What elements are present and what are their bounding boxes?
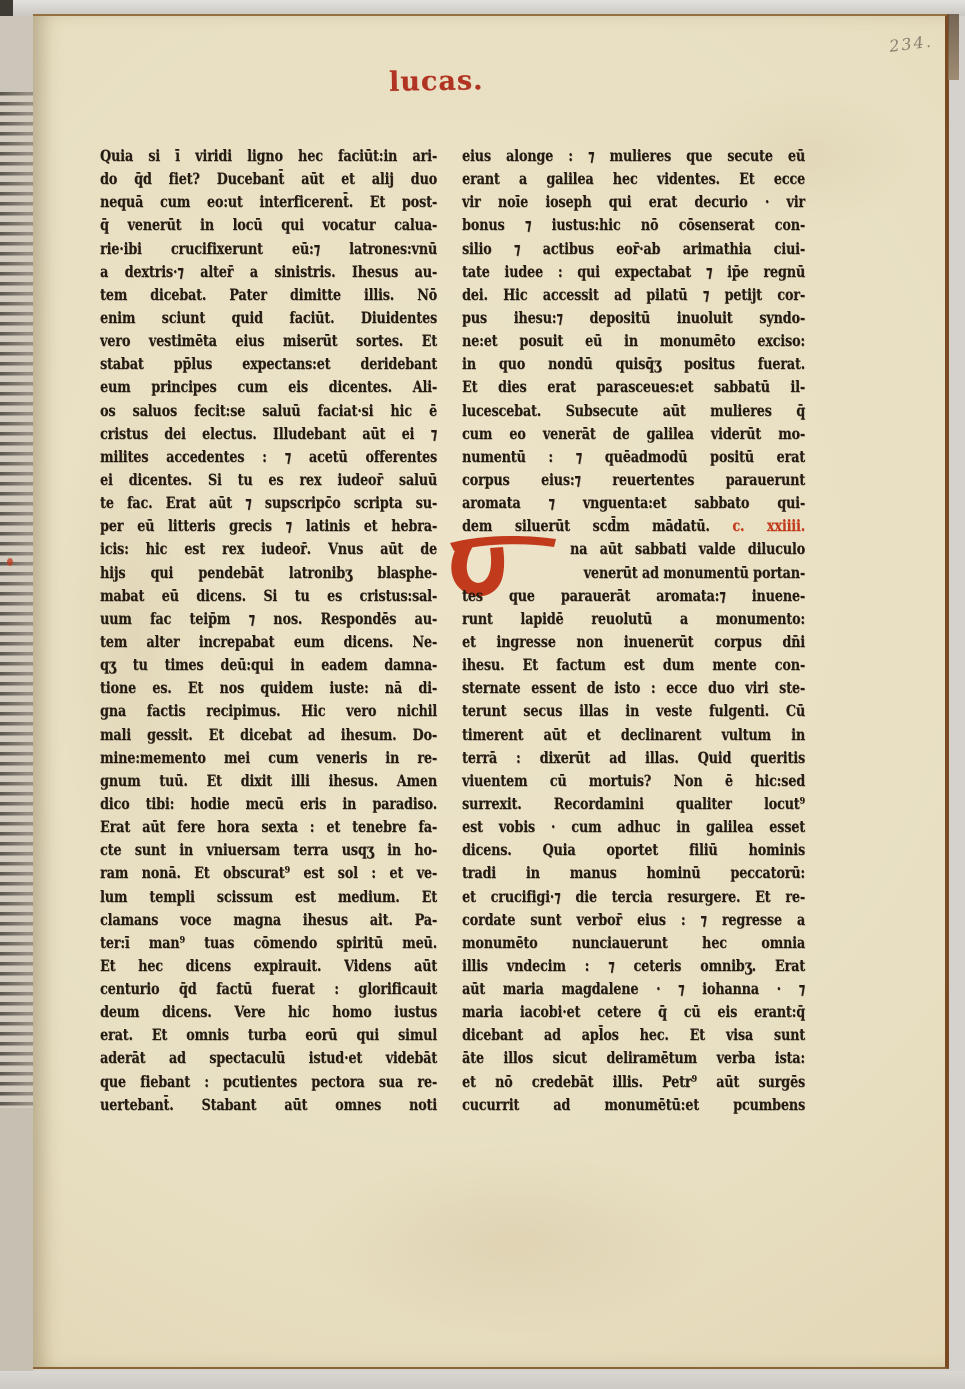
text-line: est vobis · cum adhuc in galilea esset [462, 815, 805, 838]
text-line: erant a galilea hec videntes. Et ecce [462, 167, 805, 190]
running-header: lucas. [389, 65, 484, 98]
text-line: cum eo venerāt de galilea viderūt mo- [462, 422, 805, 445]
text-line: que fiebant : pcutientes pectora sua re- [100, 1070, 437, 1093]
facing-page-fore-edge [0, 92, 33, 1108]
text-line: ne:et posuit eū in monumēto exciso: [462, 329, 805, 352]
text-line: nequā cum eo:ut interficerent̄. Et post- [100, 190, 437, 213]
text-line: gnum tuū. Et dixit illi ihesus. Amen [100, 769, 437, 792]
text-line: surrexit. Recordamini qualiter locut⁹ [462, 792, 805, 815]
text-line: enim sciunt quid faciūt. Diuidentes [100, 306, 437, 329]
facing-page-edge-top [0, 16, 33, 92]
text-line: q̄ venerūt in locū qui vocatur calua- [100, 213, 437, 236]
text-line: na aūt sabbati valde diluculo [462, 537, 805, 560]
text-line: Et hec dicens expirauit. Videns aūt [100, 954, 437, 977]
text-line: per eū litteris grecis ⁊ latinis et hebr… [100, 514, 437, 537]
text-line: illis vndecim : ⁊ ceteris omnibʒ. Erat [462, 954, 805, 977]
text-line: viuentem cū mortuis? Non ē hic:sed [462, 769, 805, 792]
text-line: eius alonge : ⁊ mulieres que secute eū [462, 144, 805, 167]
text-line: ihesu. Et factum est dum mente con- [462, 653, 805, 676]
text-line: sternate essent de isto : ecce duo viri … [462, 676, 805, 699]
text-line: tem dicebat. Pater dimitte illis. Nō [100, 283, 437, 306]
text-line: terunt secus illas in veste fulgenti. Cū [462, 699, 805, 722]
text-line: tes que parauerāt aromata:⁊ inuene- [462, 584, 805, 607]
text-line: Erat aūt fere hora sexta : et tenebre fa… [100, 815, 437, 838]
text-column-left: Quia si ī viridi ligno hec faciūt:in ari… [100, 144, 437, 1116]
col2-part1: eius alonge : ⁊ mulieres que secute eūer… [462, 144, 805, 514]
text-line: numentū : ⁊ quēadmodū positū erat [462, 445, 805, 468]
text-line: centurio q̄d factū fuerat : glorificauit [100, 977, 437, 1000]
text-line: cucurrit ad monumētū:et pcumbens [462, 1093, 805, 1116]
text-line: dicebant ad apl̄os hec. Et visa sunt [462, 1023, 805, 1046]
text-line: et crucifigi·⁊ die tercia resurgere. Et … [462, 885, 805, 908]
text-line: monumēto nunciauerunt hec omnia [462, 931, 805, 954]
text-line: et ingresse non inuenerūt corpus dn̄i [462, 630, 805, 653]
text-line: tate iudee : qui expectabat ⁊ ip̄e regnū [462, 260, 805, 283]
text-line: maria iacobi·et cetere q̄ cū eis erant:q… [462, 1000, 805, 1023]
text-line: cordate sunt verbor̄ eius : ⁊ regresse a [462, 908, 805, 931]
photograph-background: 234. lucas. Quia si ī viridi ligno hec f… [0, 0, 965, 1389]
fore-edge-rubric-speck [7, 558, 13, 566]
text-line: aūt maria magdalene · ⁊ iohanna · ⁊ [462, 977, 805, 1000]
text-line: vero vestimēta eius miserūt sortes. Et [100, 329, 437, 352]
text-line: ter:ī man⁹ tuas cōmendo spiritū meū. [100, 931, 437, 954]
text-line: runt lapidē reuolutū a monumento: [462, 607, 805, 630]
text-line: icis: hic est rex iudeor̄. Vnus aūt de [100, 537, 437, 560]
chapter-initial-letter: V [446, 601, 447, 602]
text-line: tradi in manus hominū peccatorū: [462, 861, 805, 884]
text-line: mali gessit. Et dicebat ad ihesum. Do- [100, 723, 437, 746]
text-line: et nō credebāt illis. Petr⁹ aūt surgēs [462, 1070, 805, 1093]
text-line: erat. Et omnis turba eorū qui simul [100, 1023, 437, 1046]
book-bottom-edge [0, 1371, 965, 1389]
text-line: timerent aūt et declinarent vultum in [462, 723, 805, 746]
chapter-24-opening: V na aūt sabbati valde diluculo venerūt … [462, 537, 805, 1116]
text-line: in quo nondū quisq̄ʒ positus fuerat. [462, 352, 805, 375]
text-line: dicens. Quia oportet filiū hominis [462, 838, 805, 861]
text-line: pus ihesu:⁊ depositū inuoluit syndo- [462, 306, 805, 329]
text-line: te fac. Erat aūt ⁊ supscripc̄o scripta s… [100, 491, 437, 514]
text-line: gna factis recipimus. Hic vero nichil [100, 699, 437, 722]
rubric-line-text: dem siluerūt scd̄m mādatū. [462, 516, 710, 535]
text-line: vir noīe ioseph qui erat decurio · vir [462, 190, 805, 213]
text-line: Quia si ī viridi ligno hec faciūt:in ari… [100, 144, 437, 167]
text-line: Et dies erat parasceues:et sabbatū il- [462, 375, 805, 398]
text-line: eum principes cum eis dicentes. Ali- [100, 375, 437, 398]
text-line: deum dicens. Vere hic homo iustus [100, 1000, 437, 1023]
text-line: cristus dei electus. Illudebant aūt ei ⁊ [100, 422, 437, 445]
text-line: lum templi scissum est medium. Et [100, 885, 437, 908]
text-line: cte sunt in vniuersam terra usqʒ in ho- [100, 838, 437, 861]
text-line: silio ⁊ actibus eor̄·ab arimathia ciui- [462, 237, 805, 260]
text-line: āte illos sicut deliramētum verba ista: [462, 1046, 805, 1069]
text-line: venerūt ad monumentū portan- [462, 561, 805, 584]
text-line: clamans voce magna ihesus ait. Pa- [100, 908, 437, 931]
text-line: tem alter increpabat eum dicens. Ne- [100, 630, 437, 653]
text-line: terrā : dixerūt ad illas. Quid queritis [462, 746, 805, 769]
text-line: aromata ⁊ vnguenta:et sabbato qui- [462, 491, 805, 514]
text-line: mine:memento mei cum veneris in re- [100, 746, 437, 769]
text-line: uertebant̄. Stabant aūt omnes noti [100, 1093, 437, 1116]
text-line: os saluos fecit:se saluū faciat·si hic ē [100, 399, 437, 422]
text-line: lucescebat. Subsecute aūt mulieres q̄ [462, 399, 805, 422]
chapter-mark: c. xxiiii. [732, 516, 805, 535]
col2-part2: tes que parauerāt aromata:⁊ inuene-runt … [462, 584, 805, 1116]
text-line: tione es. Et nos quidem iuste: nā di- [100, 676, 437, 699]
text-line: dico tibi: hodie mecū eris in paradiso. [100, 792, 437, 815]
text-line: aderāt ad spectaculū istud·et videbāt [100, 1046, 437, 1069]
text-line: ei dicentes. Si tu es rex iudeor̄ saluū [100, 468, 437, 491]
text-line: do q̄d fiet? Ducebant̄ aūt et alij duo [100, 167, 437, 190]
text-line: mabat eū dicens. Si tu es cristus:sal- [100, 584, 437, 607]
text-line: milites accedentes : ⁊ acetū offerentes [100, 445, 437, 468]
text-line: ram nonā. Et obscurat⁹ est sol : et ve- [100, 861, 437, 884]
text-line: dei. Hic accessit ad pilatū ⁊ petijt cor… [462, 283, 805, 306]
text-line: hijs qui pendebāt latronibʒ blasphe- [100, 561, 437, 584]
manuscript-page: 234. lucas. Quia si ī viridi ligno hec f… [33, 14, 949, 1369]
text-line: corpus eius:⁊ reuertentes parauerunt [462, 468, 805, 491]
page-edge-shadow [948, 14, 959, 80]
text-line: uum fac teip̄m ⁊ nos. Respondēs au- [100, 607, 437, 630]
text-line: stabat pp̄lus expectans:et deridebant [100, 352, 437, 375]
text-line: a dextris·⁊ alter̄ a sinistris. Ihesus a… [100, 260, 437, 283]
text-column-right: eius alonge : ⁊ mulieres que secute eūer… [462, 144, 805, 1116]
text-line: rie·ibi crucifixerunt eū:⁊ latrones:vnū [100, 237, 437, 260]
facing-page-edge-lower [0, 1108, 33, 1371]
text-line: bonus ⁊ iustus:hic nō cōsenserat con- [462, 213, 805, 236]
parchment-stain [303, 1146, 723, 1336]
text-line: qʒ tu times deū:qui in eadem damna- [100, 653, 437, 676]
